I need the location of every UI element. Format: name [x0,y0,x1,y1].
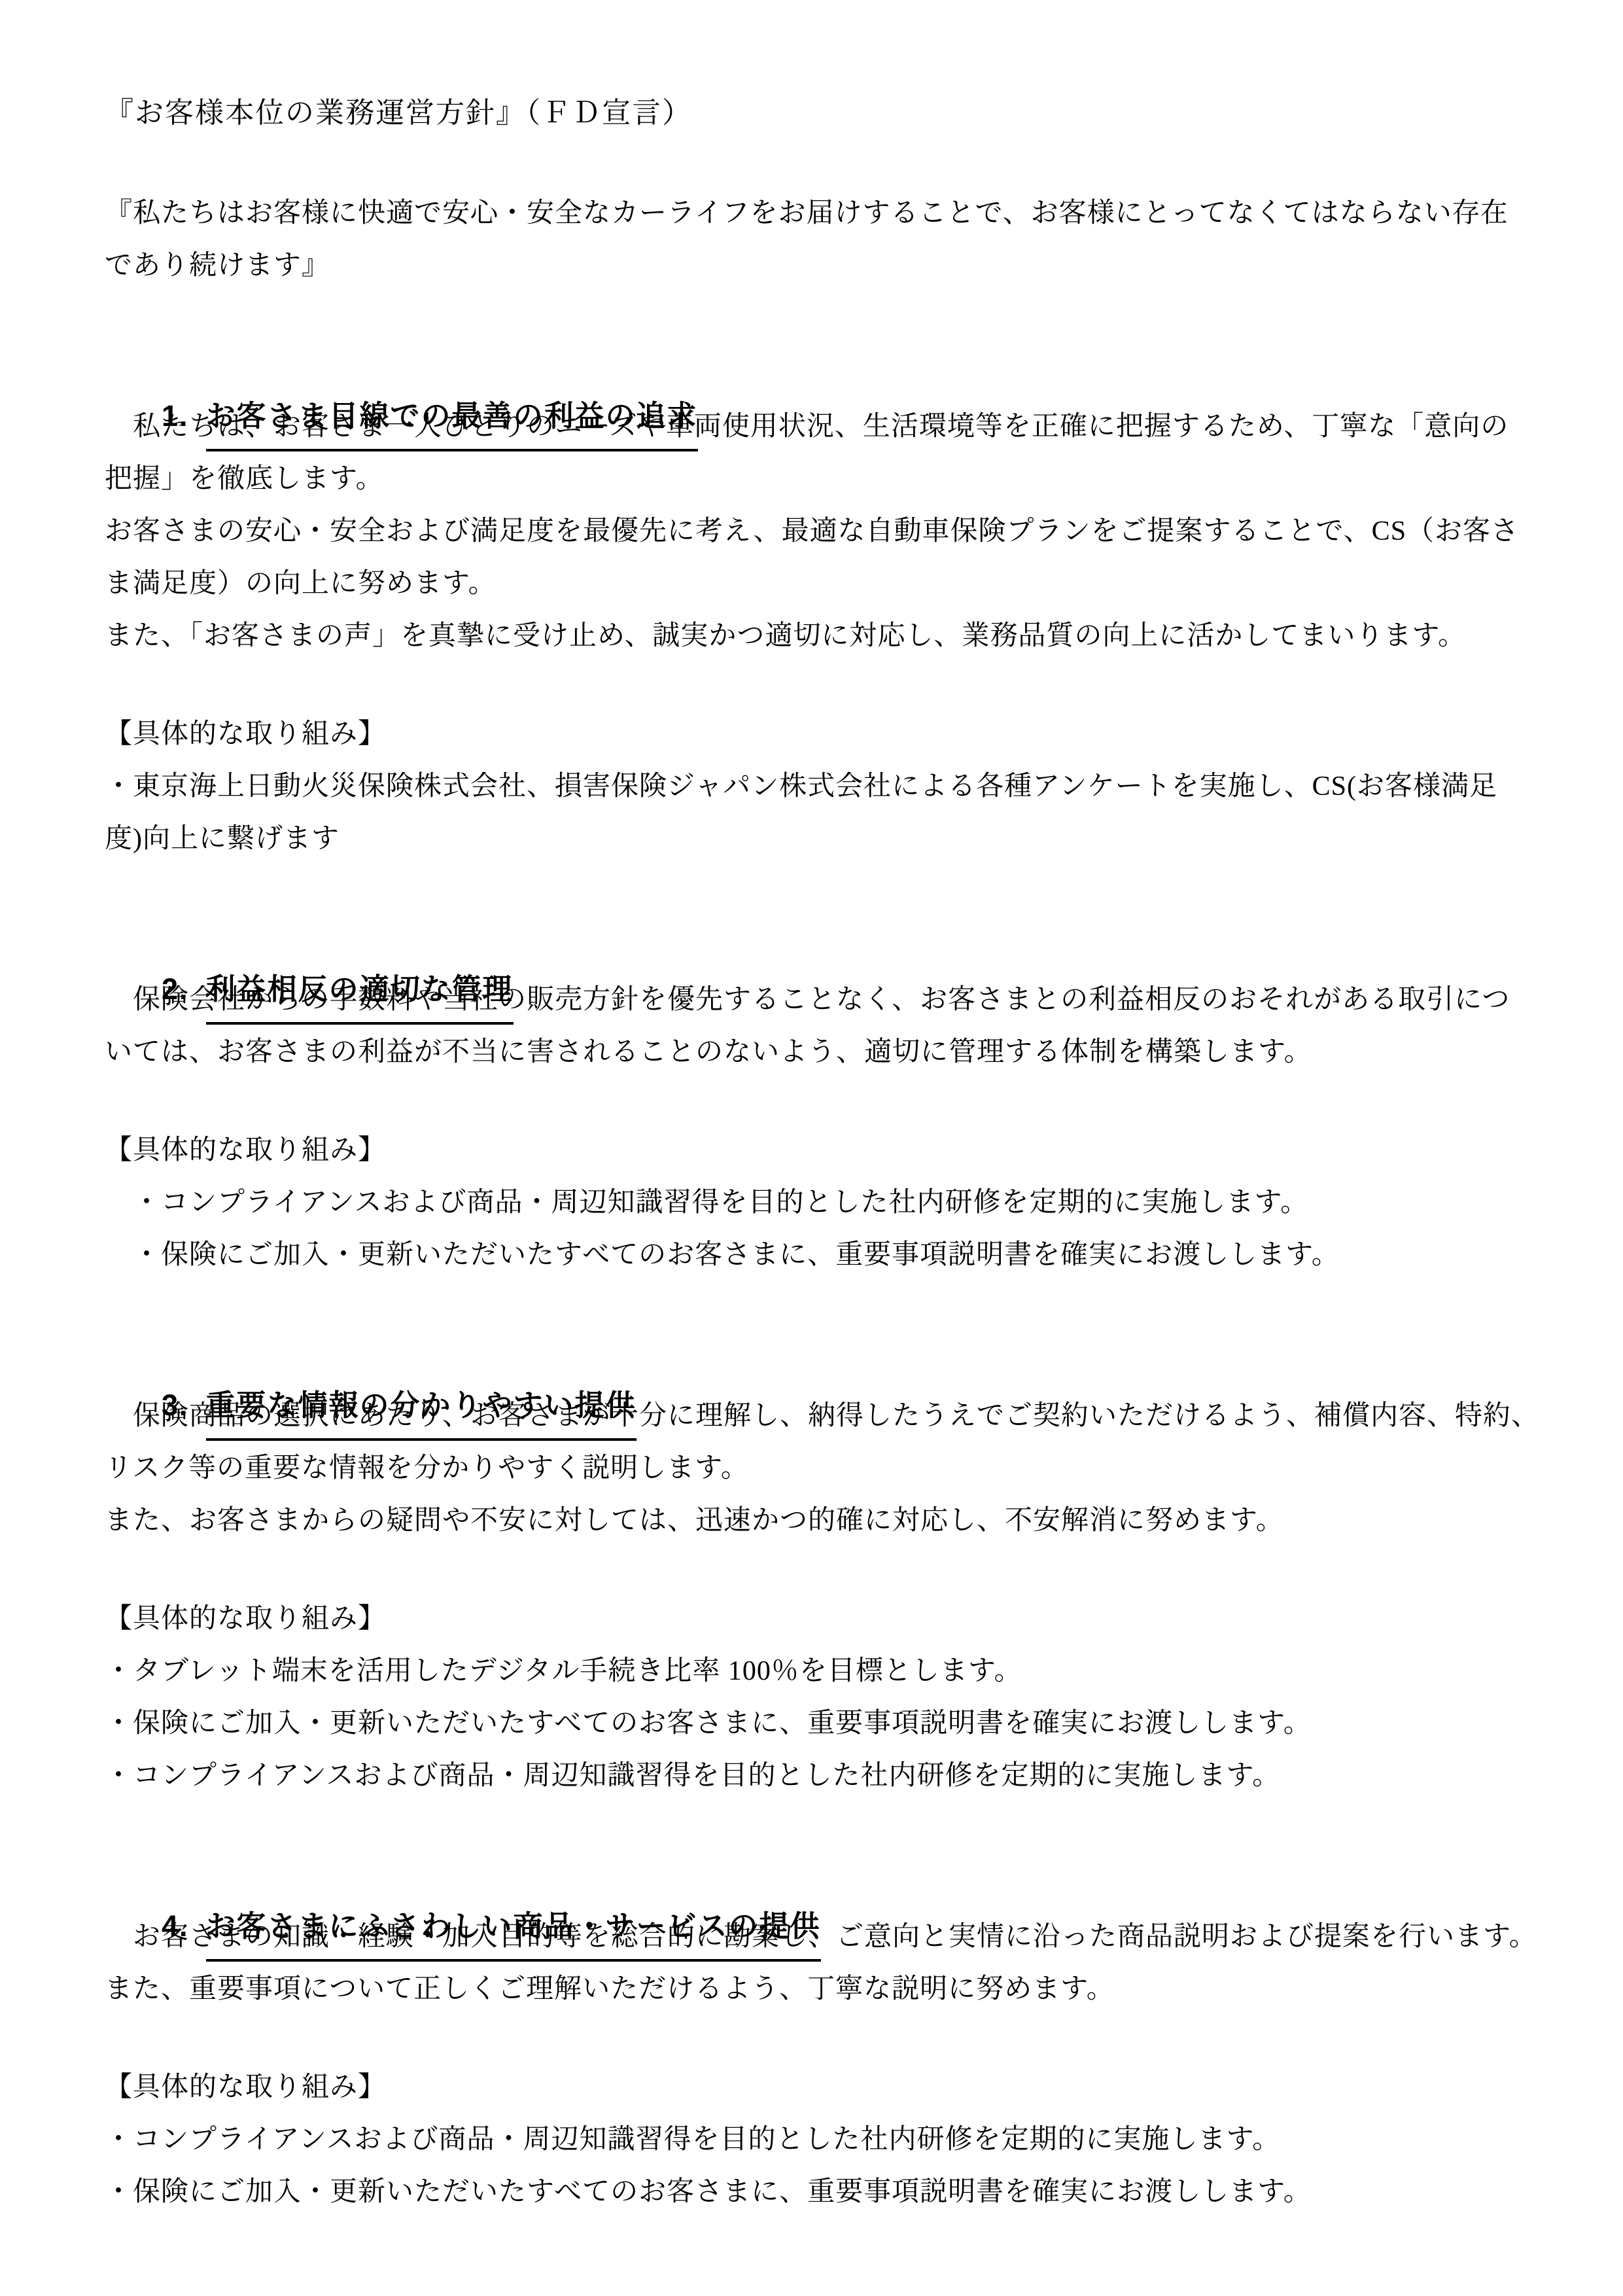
body-line: また、重要事項について正しくご理解いただけるよう、丁寧な説明に努めます。 [105,1963,1518,2015]
section-1-heading: 1.お客さま目線での最善の利益の追求 [105,338,1518,400]
initiatives-label: 【具体的な取り組み】 [105,1593,1518,1645]
initiative-line: ・保険にご加入・更新いただいたすべてのお客さまに、重要事項説明書を確実にお渡しし… [105,2166,1518,2218]
spacer [105,662,1518,708]
spacer [105,292,1518,338]
spacer [105,1802,1518,1848]
initiative-line: ・コンプライアンスおよび商品・周辺知識習得を目的とした社内研修を定期的に実施しま… [105,1750,1518,1802]
initiative-line: ・東京海上日動火災保険株式会社、損害保険ジャパン株式会社による各種アンケートを実… [105,760,1518,813]
intro-line: であり続けます』 [105,239,1518,292]
section-2: 2.利益相反の適切な管理 保険会社からの手数料や当社の販売方針を優先することなく… [105,911,1518,1281]
body-line: ま満足度）の向上に努めます。 [105,557,1518,610]
initiatives-label: 【具体的な取り組み】 [105,2061,1518,2113]
initiatives-label: 【具体的な取り組み】 [105,1124,1518,1176]
document-title: 『お客様本位の業務運営方針』（ＦＤ宣言） [105,85,1518,141]
section-2-heading: 2.利益相反の適切な管理 [105,911,1518,974]
body-line: 把握」を徹底します。 [105,453,1518,505]
spacer [105,1078,1518,1124]
initiative-line: 度)向上に繋げます [105,813,1518,865]
body-line: 保険会社からの手数料や当社の販売方針を優先することなく、お客さまとの利益相反のお… [105,974,1518,1026]
spacer [105,1281,1518,1327]
spacer [105,141,1518,187]
section-3-heading: 3.重要な情報の分かりやすい提供 [105,1327,1518,1390]
initiative-line: ・タブレット端末を活用したデジタル手続き比率 100％を目標とします。 [105,1645,1518,1697]
intro-paragraph: 『私たちはお客様に快適で安心・安全なカーライフをお届けすることで、お客様にとって… [105,187,1518,292]
body-line: 保険商品の選択にあたり、お客さまが十分に理解し、納得したうえでご契約いただけるよ… [105,1390,1518,1442]
initiative-line: ・コンプライアンスおよび商品・周辺知識習得を目的とした社内研修を定期的に実施しま… [105,2113,1518,2166]
body-line: お客さまの安心・安全および満足度を最優先に考え、最適な自動車保険プランをご提案す… [105,505,1518,557]
section-1: 1.お客さま目線での最善の利益の追求 私たちは、お客さま一人ひとりのニーズや車両… [105,338,1518,865]
body-line: リスク等の重要な情報を分かりやすく説明します。 [105,1442,1518,1494]
section-3: 3.重要な情報の分かりやすい提供 保険商品の選択にあたり、お客さまが十分に理解し… [105,1327,1518,1802]
initiative-line: ・保険にご加入・更新いただいたすべてのお客さまに、重要事項説明書を確実にお渡しし… [105,1229,1518,1281]
body-line: お客さまの知識・経験・加入目的等を総合的に勘案し、ご意向と実情に沿った商品説明お… [105,1911,1518,1963]
body-line: また、「お客さまの声」を真摯に受け止め、誠実かつ適切に対応し、業務品質の向上に活… [105,610,1518,662]
initiative-line: ・保険にご加入・更新いただいたすべてのお客さまに、重要事項説明書を確実にお渡しし… [105,1697,1518,1750]
section-4: 4.お客さまにふさわしい商品・サービスの提供 お客さまの知識・経験・加入目的等を… [105,1848,1518,2218]
intro-line: 『私たちはお客様に快適で安心・安全なカーライフをお届けすることで、お客様にとって… [105,187,1518,239]
spacer [105,1547,1518,1593]
section-4-heading: 4.お客さまにふさわしい商品・サービスの提供 [105,1848,1518,1911]
body-line: 私たちは、お客さま一人ひとりのニーズや車両使用状況、生活環境等を正確に把握するた… [105,400,1518,453]
initiative-line: ・コンプライアンスおよび商品・周辺知識習得を目的とした社内研修を定期的に実施しま… [105,1176,1518,1229]
initiatives-label: 【具体的な取り組み】 [105,708,1518,760]
spacer [105,2015,1518,2061]
body-line: また、お客さまからの疑問や不安に対しては、迅速かつ的確に対応し、不安解消に努めま… [105,1494,1518,1547]
body-line: いては、お客さまの利益が不当に害されることのないよう、適切に管理する体制を構築し… [105,1026,1518,1078]
document-page: 『お客様本位の業務運営方針』（ＦＤ宣言） 『私たちはお客様に快適で安心・安全なカ… [0,0,1623,2296]
spacer [105,865,1518,911]
